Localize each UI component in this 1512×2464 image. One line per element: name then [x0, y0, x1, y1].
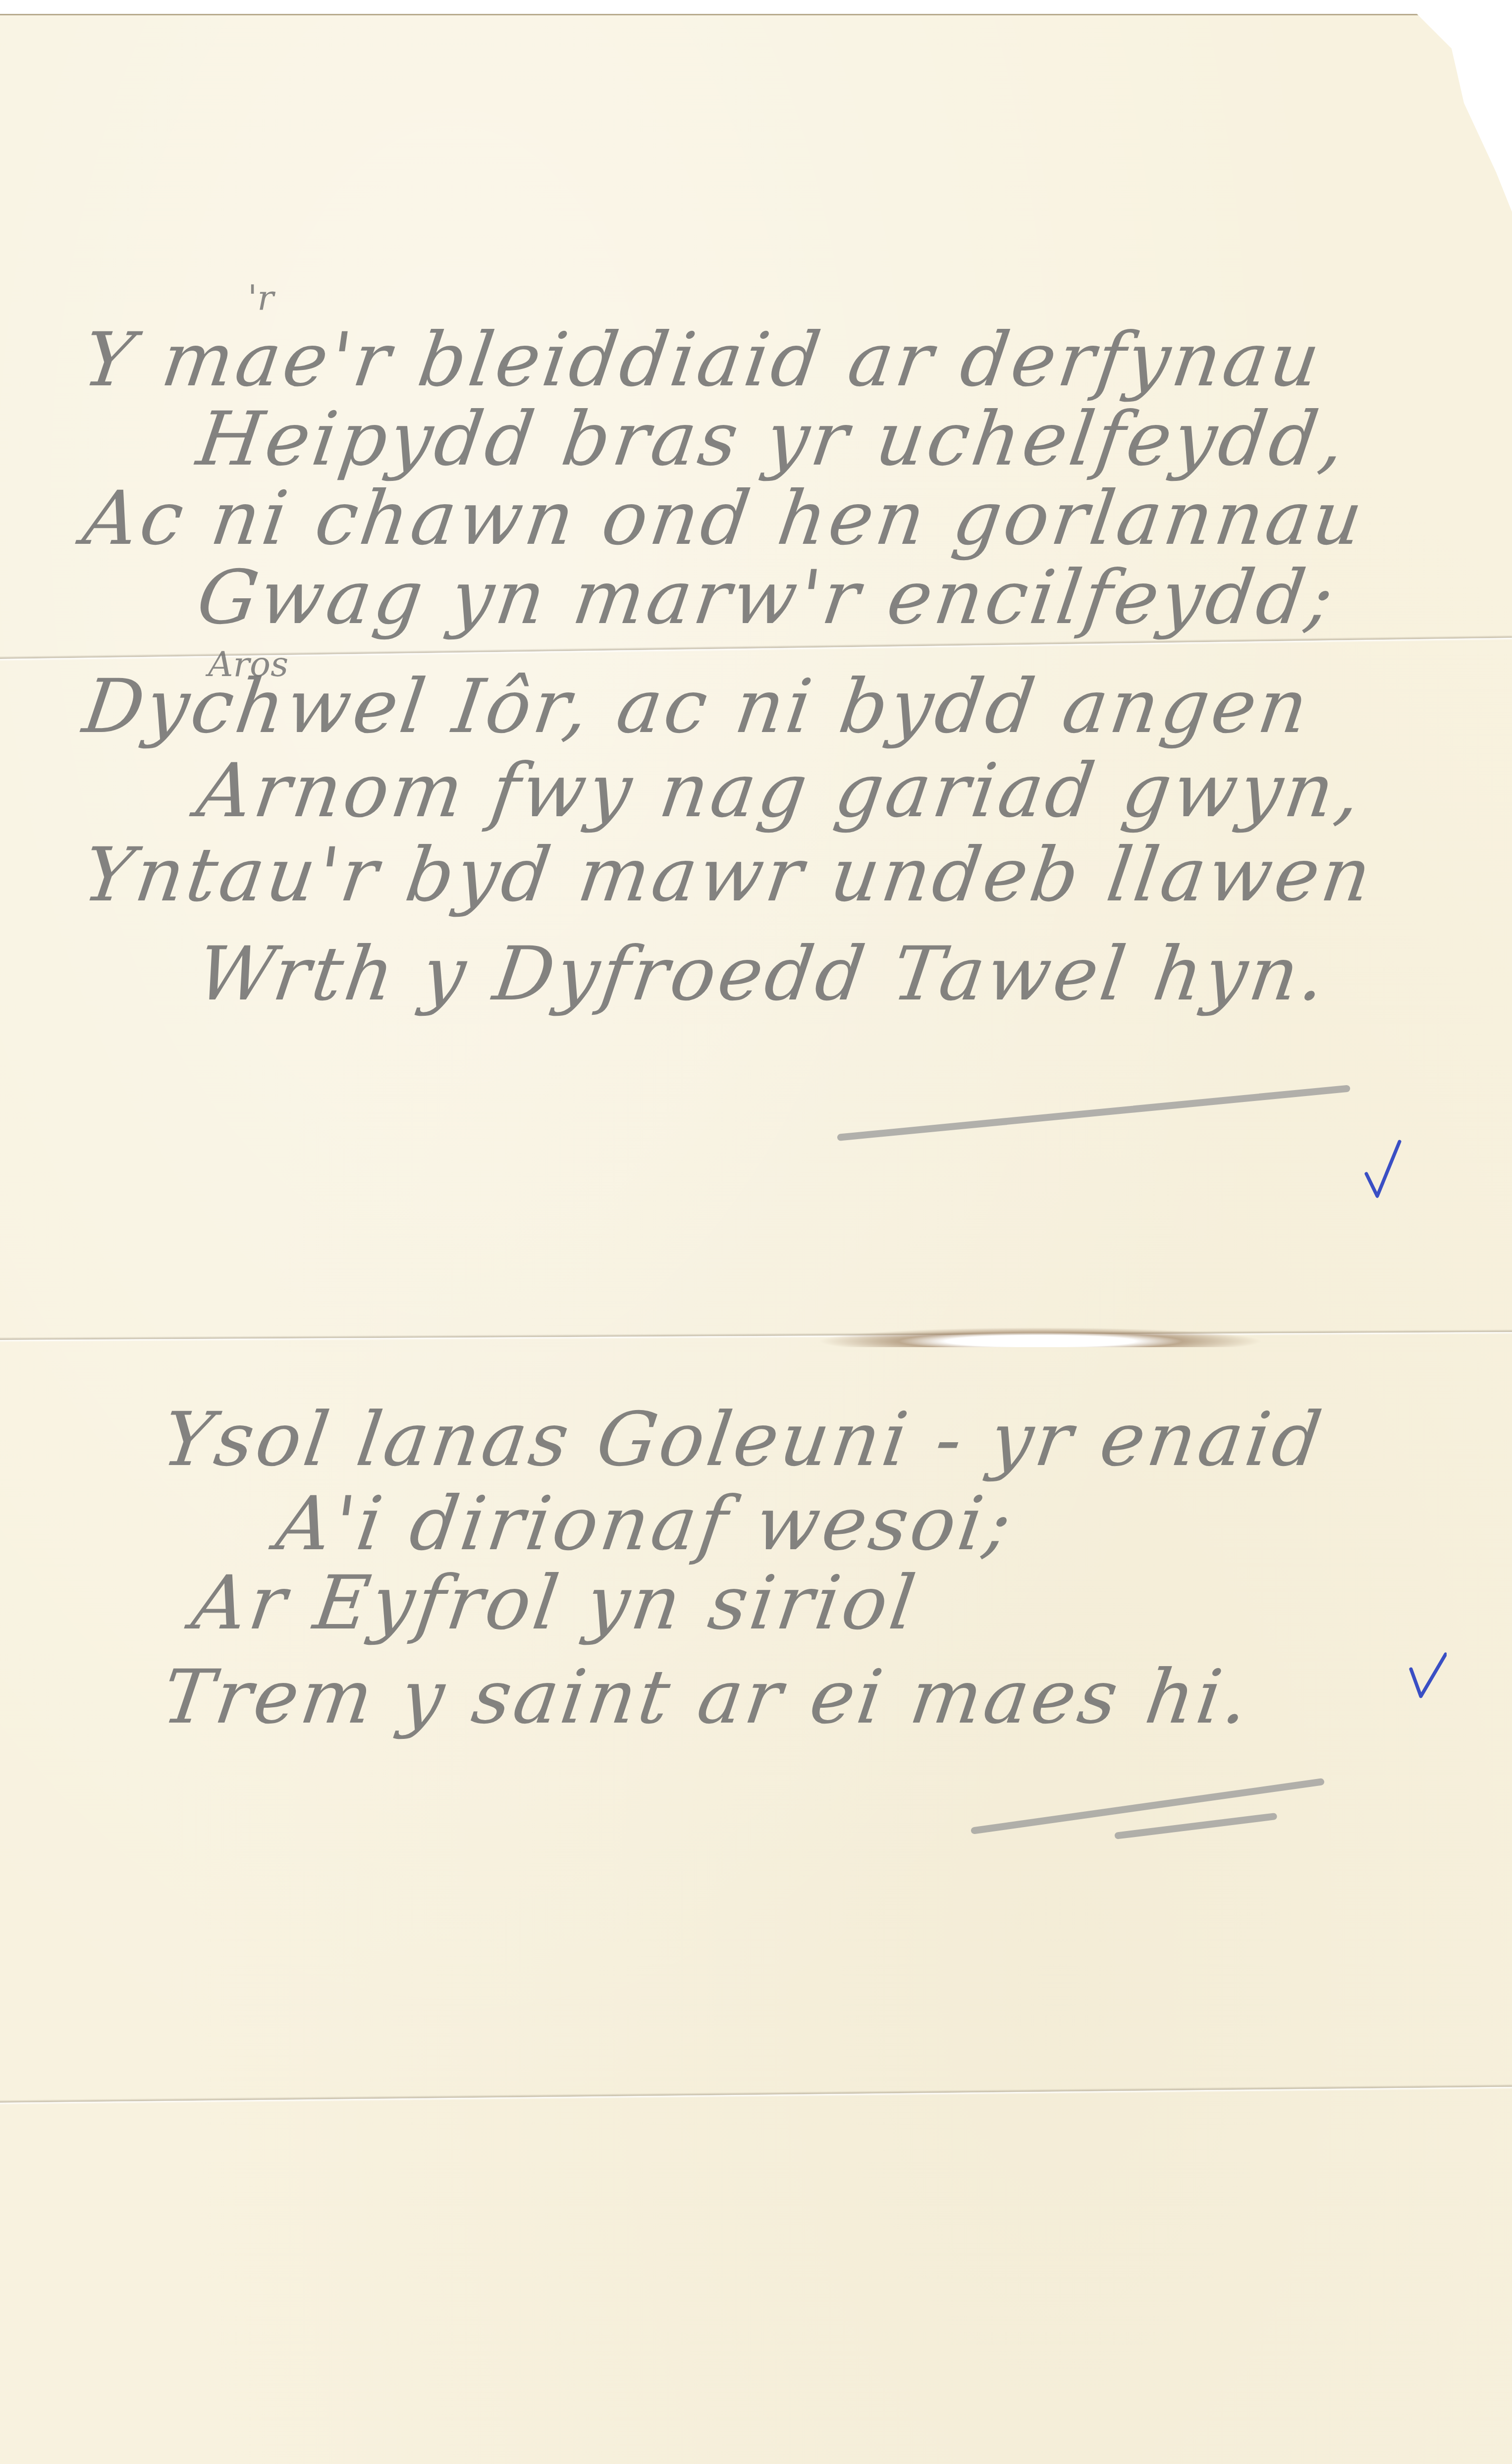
poem-line: Ac ni chawn ond hen gorlannau	[78, 475, 1370, 562]
paper-tear	[817, 1327, 1263, 1347]
poem-line: Wrth y Dyfroedd Tawel hyn.	[192, 931, 1334, 1017]
poem-line: Trem y saint ar ei maes hi.	[158, 1654, 1257, 1740]
poem-line: Gwag yn marw'r encilfeydd;	[192, 555, 1342, 641]
poem-line: Ysol lanas Goleuni - yr enaid	[158, 1397, 1330, 1483]
poem-line: Yntau'r byd mawr undeb llawen	[78, 832, 1379, 918]
poem-line: A'i dirionaf wesoi;	[271, 1481, 1020, 1567]
poem-line: Ar Eyfrol yn siriol	[187, 1560, 923, 1646]
poem-line: Dychwel Iôr, ac ni bydd angen	[78, 664, 1316, 750]
check-mark-icon	[1407, 1649, 1447, 1709]
check-mark-icon	[1362, 1139, 1402, 1199]
poem-line: Heipydd bras yr uchelfeydd,	[192, 396, 1353, 482]
poem-line: Y mae'r bleiddiaid ar derfynau	[78, 317, 1328, 403]
insertion-mark: 'r	[248, 277, 274, 318]
poem-line: Arnom fwy nag gariad gwyn,	[192, 748, 1369, 834]
